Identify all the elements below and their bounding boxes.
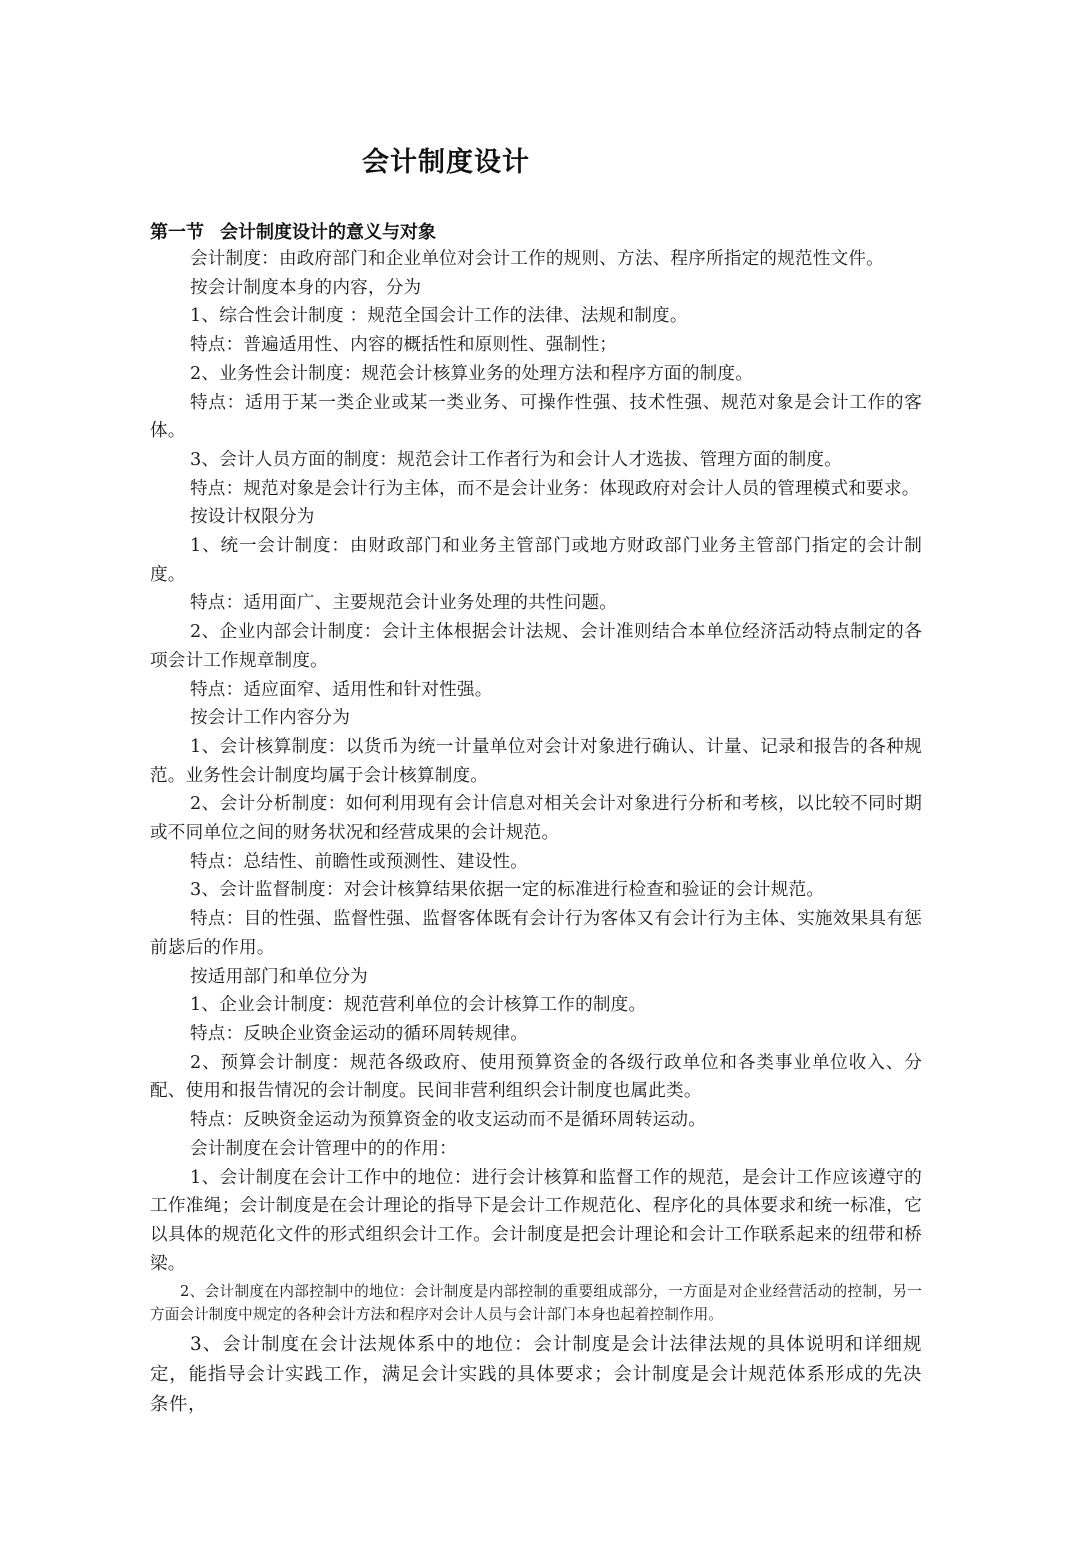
paragraph-item: 2、企业内部会计制度：会计主体根据会计法规、会计准则结合本单位经济活动特点制定的… — [150, 618, 922, 675]
section-heading: 第一节会计制度设计的意义与对象 — [150, 218, 436, 244]
paragraph-feature: 特点：反映企业资金运动的循环周转规律。 — [150, 1020, 922, 1049]
paragraph-item: 3、会计人员方面的制度：规范会计工作者行为和会计人才选拔、管理方面的制度。 — [150, 446, 922, 475]
paragraph-role-item: 1、会计制度在会计工作中的地位：进行会计核算和监督工作的规范，是会计工作应该遵守… — [150, 1164, 922, 1279]
paragraph-category-heading: 会计制度在会计管理中的的作用： — [150, 1135, 922, 1164]
paragraph-feature: 特点：反映资金运动为预算资金的收支运动而不是循环周转运动。 — [150, 1106, 922, 1135]
paragraph-role-item: 3、会计制度在会计法规体系中的地位：会计制度是会计法律法规的具体说明和详细规定，… — [150, 1330, 922, 1420]
paragraph-item: 3、会计监督制度：对会计核算结果依据一定的标准进行检查和验证的会计规范。 — [150, 876, 922, 905]
paragraph-feature: 特点：适用面广、主要规范会计业务处理的共性问题。 — [150, 589, 922, 618]
paragraph-item: 1、会计核算制度：以货币为统一计量单位对会计对象进行确认、计量、记录和报告的各种… — [150, 733, 922, 790]
paragraph-feature: 特点：规范对象是会计行为主体，而不是会计业务：体现政府对会计人员的管理模式和要求… — [150, 475, 922, 504]
document-page: 会计制度设计 第一节会计制度设计的意义与对象 会计制度：由政府部门和企业单位对会… — [0, 0, 1080, 1546]
paragraph-item: 1、综合性会计制度 ：规范全国会计工作的法律、法规和制度。 — [150, 302, 922, 331]
paragraph-item: 2、预算会计制度：规范各级政府、使用预算资金的各级行政单位和各类事业单位收入、分… — [150, 1049, 922, 1106]
paragraph-item: 1、统一会计制度：由财政部门和业务主管部门或地方财政部门业务主管部门指定的会计制… — [150, 532, 922, 589]
paragraph-feature: 特点：适应面窄、适用性和针对性强。 — [150, 676, 922, 705]
paragraph-feature: 特点：适用于某一类企业或某一类业务、可操作性强、技术性强、规范对象是会计工作的客… — [150, 389, 922, 446]
section-number: 第一节 — [150, 222, 204, 243]
document-body: 会计制度：由政府部门和企业单位对会计工作的规则、方法、程序所指定的规范性文件。 … — [150, 245, 922, 1420]
paragraph-category-heading: 按适用部门和单位分为 — [150, 963, 922, 992]
document-title: 会计制度设计 — [362, 140, 530, 179]
paragraph-feature: 特点：总结性、前瞻性或预测性、建设性。 — [150, 848, 922, 877]
paragraph-feature: 特点：普遍适用性、内容的概括性和原则性、强制性； — [150, 331, 922, 360]
paragraph-feature: 特点：目的性强、监督性强、监督客体既有会计行为客体又有会计行为主体、实施效果具有… — [150, 905, 922, 962]
section-heading-text: 会计制度设计的意义与对象 — [220, 222, 436, 243]
paragraph-item: 2、业务性会计制度：规范会计核算业务的处理方法和程序方面的制度。 — [150, 360, 922, 389]
paragraph-definition: 会计制度：由政府部门和企业单位对会计工作的规则、方法、程序所指定的规范性文件。 — [150, 245, 922, 274]
paragraph-item: 2、会计分析制度：如何利用现有会计信息对相关会计对象进行分析和考核，以比较不同时… — [150, 790, 922, 847]
paragraph-category-heading: 按会计工作内容分为 — [150, 704, 922, 733]
paragraph-category-heading: 按会计制度本身的内容，分为 — [150, 274, 922, 303]
paragraph-role-item: 2、会计制度在内部控制中的地位：会计制度是内部控制的重要组成部分，一方面是对企业… — [150, 1280, 922, 1326]
paragraph-category-heading: 按设计权限分为 — [150, 503, 922, 532]
paragraph-item: 1、企业会计制度：规范营利单位的会计核算工作的制度。 — [150, 991, 922, 1020]
